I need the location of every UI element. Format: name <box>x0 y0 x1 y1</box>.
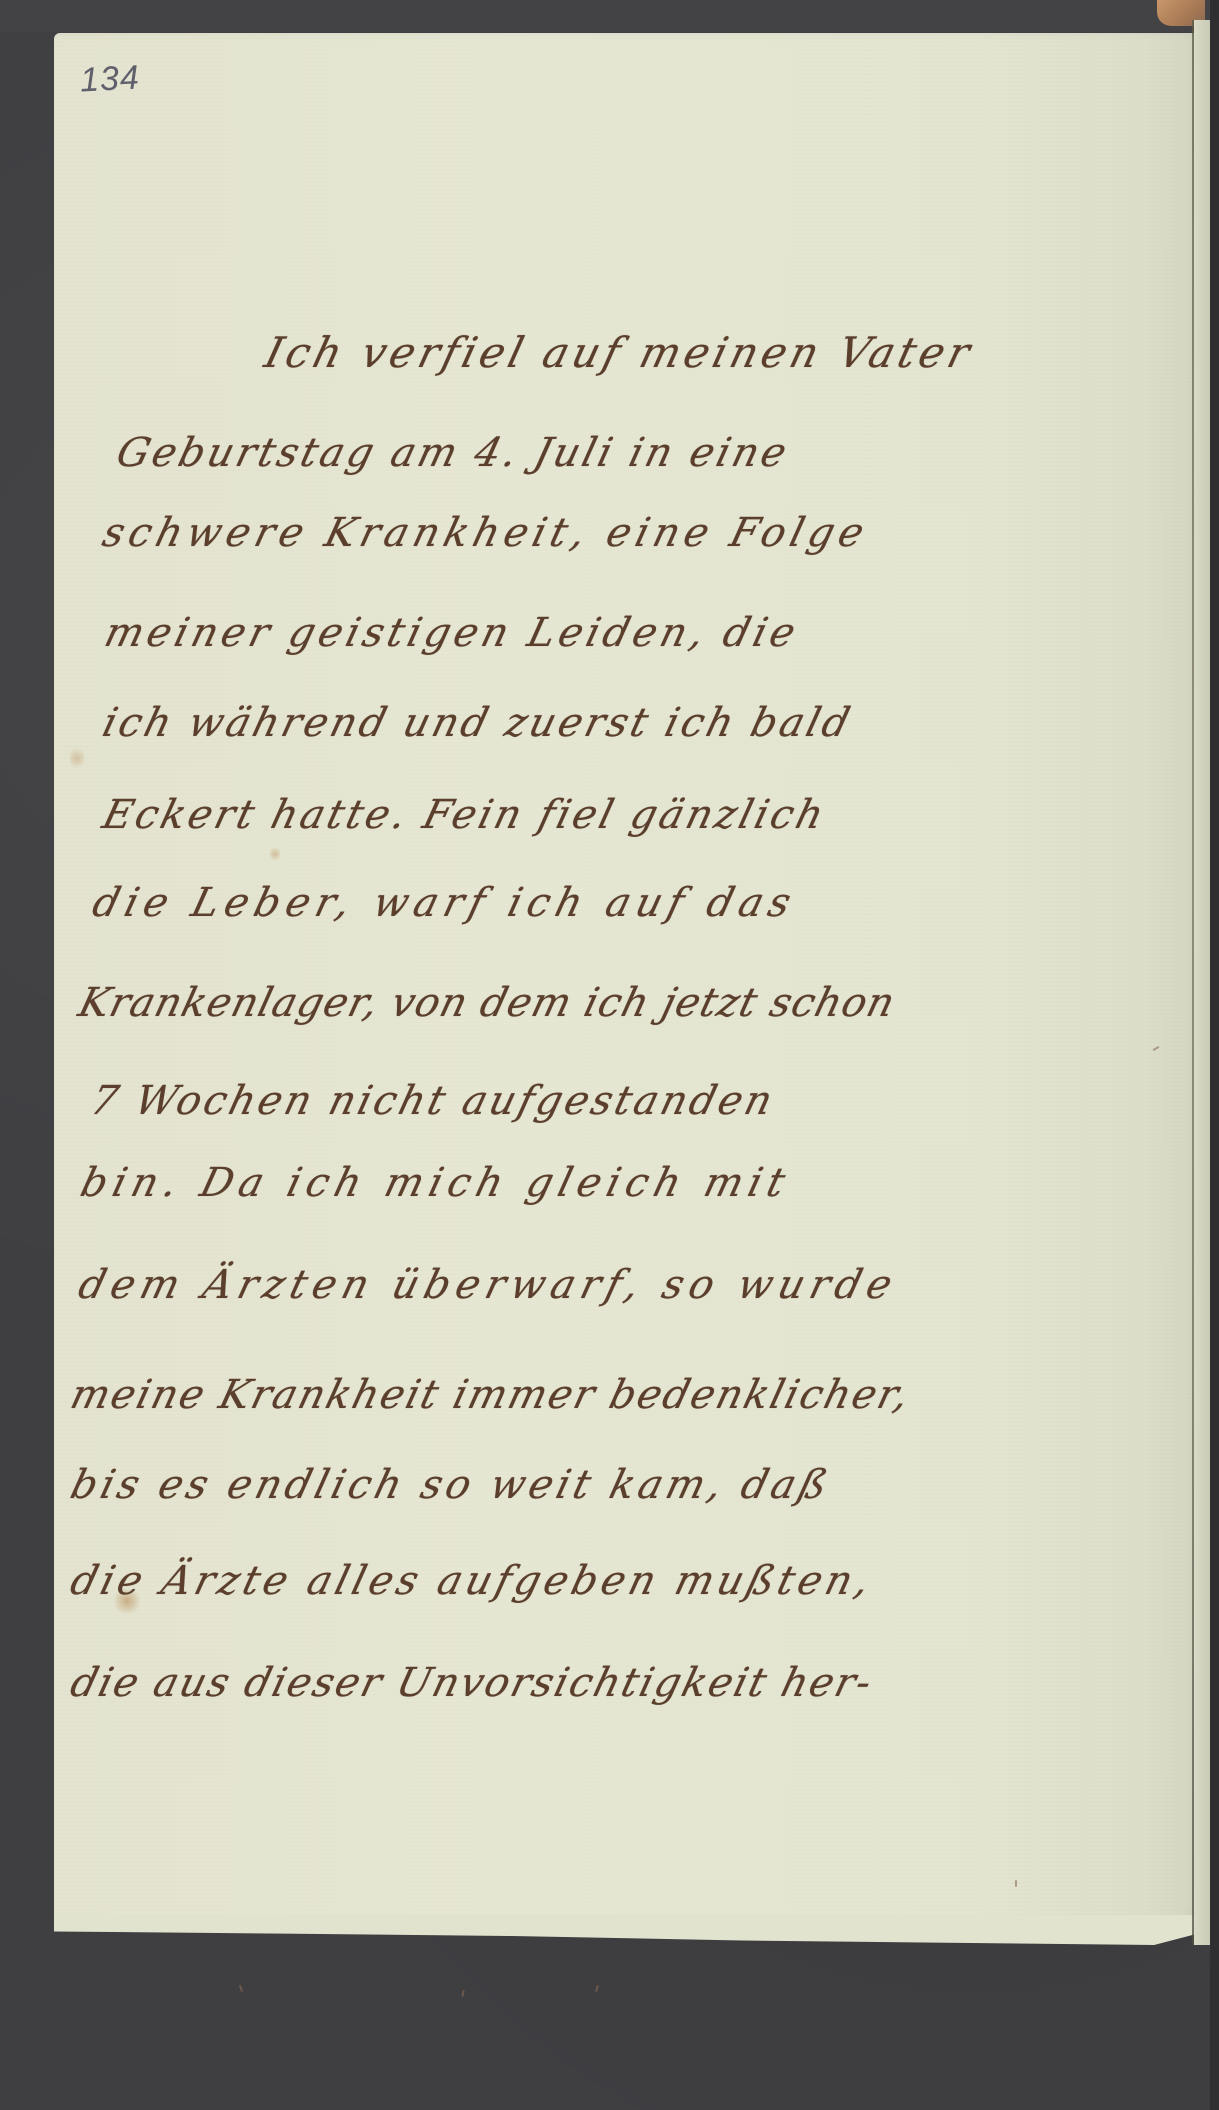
manuscript-line: Eckert hatte. Fein fiel gänzlich <box>98 792 831 838</box>
manuscript-line: Geburtstag am 4. Juli in eine <box>112 430 794 476</box>
manuscript-line: bin. Da ich mich gleich mit <box>76 1160 796 1206</box>
manuscript-line: schwere Krankheit, eine Folge <box>98 510 874 556</box>
manuscript-line: die aus dieser Unvorsichtigkeit her- <box>66 1660 878 1706</box>
manuscript-line: bis es endlich so weit kam, daß <box>66 1462 836 1508</box>
manuscript-line: 7 Wochen nicht aufgestanden <box>86 1078 780 1124</box>
manuscript-line: die Ärzte alles aufgeben mußten, <box>66 1558 878 1604</box>
manuscript-line: ich während und zuerst ich bald <box>98 700 857 746</box>
manuscript-line: die Leber, warf ich auf das <box>88 880 801 926</box>
manuscript-line: meine Krankheit immer bedenklicher, <box>66 1372 915 1418</box>
manuscript-line: meiner geistigen Leiden, die <box>100 610 804 656</box>
manuscript-line: Ich verfiel auf meinen Vater <box>260 328 979 377</box>
manuscript-line: dem Ärzten überwarf, so wurde <box>74 1262 903 1308</box>
handwritten-text-block: Ich verfiel auf meinen Vater Geburtstag … <box>0 0 1219 2110</box>
manuscript-line: Krankenlager, von dem ich jetzt schon <box>74 980 900 1026</box>
